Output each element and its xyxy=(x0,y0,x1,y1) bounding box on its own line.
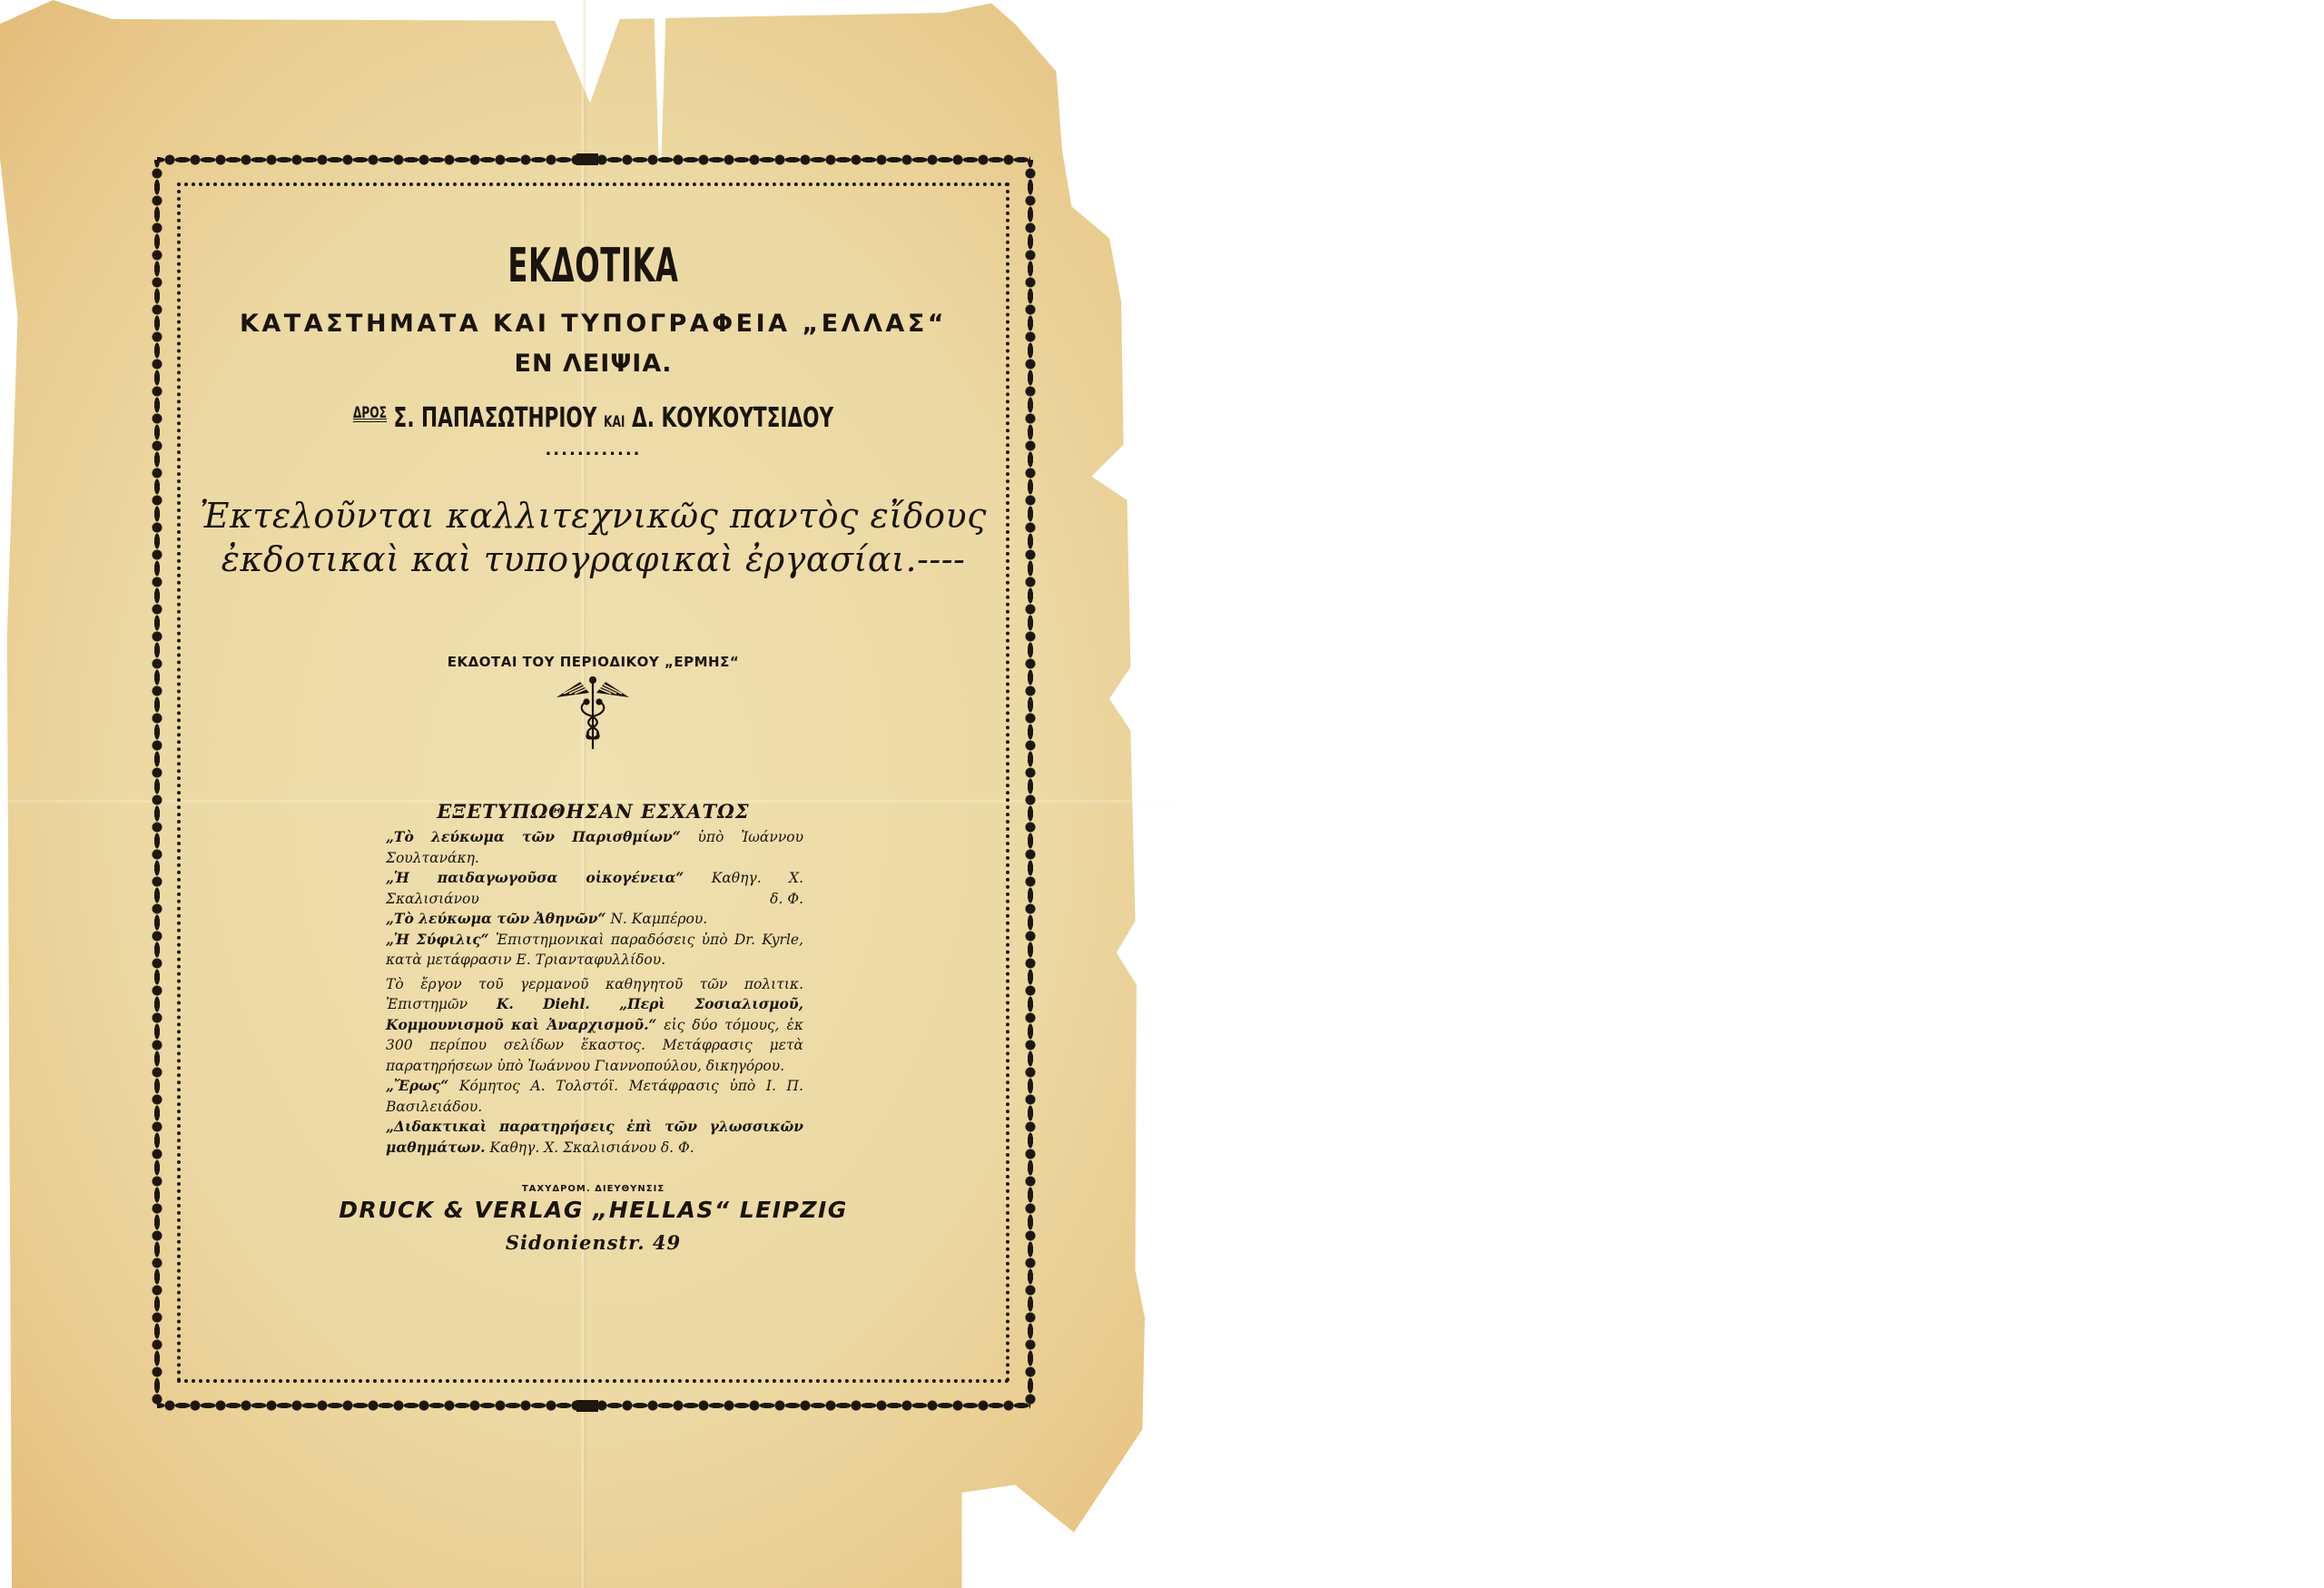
page-title: ΕΚΔΟΤΙΚΑ xyxy=(335,239,852,293)
list-item: „Ἔρως“ Κόμητος Α. Τολστόϊ. Μετάφρασις ὑπ… xyxy=(386,1076,803,1117)
owner-name-2: Δ. ΚΟΥΚΟΥΤΣΙΔΟΥ xyxy=(632,402,833,434)
publication-details: Κόμητος Α. Τολστόϊ. Μετάφρασις ὑπὸ Ι. Π.… xyxy=(386,1078,803,1115)
list-item: „Διδακτικαὶ παρατηρήσεις ἐπὶ τῶν γλωσσικ… xyxy=(386,1117,803,1158)
slogan-line-2: ἐκδοτικαὶ καὶ τυπογραφικαὶ ἐργασίαι.---- xyxy=(177,539,1009,579)
recent-publications-list: „Τὸ λεύκωμα τῶν Παρισθμίων“ ὑπὸ Ἰωάννου … xyxy=(386,827,803,1158)
postal-address-label: ΤΑΧΥΔΡΟΜ. ΔΙΕΥΘΥΝΣΙΣ xyxy=(177,1184,1009,1194)
periodical-publishers: ΕΚΔΟΤΑΙ ΤΟΥ ΠΕΡΙΟΔΙΚΟΥ „ΕΡΜΗΣ“ xyxy=(177,654,1009,670)
list-item: „Τὸ λεύκωμα τῶν Ἀθηνῶν“ Ν. Καμπέρου. xyxy=(386,909,803,930)
subtitle: ΚΑΤΑΣΤΗΜΑΤΑ ΚΑΙ ΤΥΠΟΓΡΑΦΕΙΑ „ΕΛΛΑΣ“ xyxy=(177,310,1009,338)
border-ornament-left xyxy=(150,160,164,1406)
street-address: Sidonienstr. 49 xyxy=(177,1231,1009,1254)
list-item: „Τὸ λεύκωμα τῶν Παρισθμίων“ ὑπὸ Ἰωάννου … xyxy=(386,827,803,868)
publication-title: „Τὸ λεύκωμα τῶν Παρισθμίων“ xyxy=(386,828,681,845)
postal-address: DRUCK & VERLAG „HELLAS“ LEIPZIG xyxy=(177,1197,1009,1223)
owners-prefix: ΔΡΟΣ xyxy=(353,404,387,422)
slogan-line-1: Ἐκτελοῦνται καλλιτεχνικῶς παντὸς εἴδους xyxy=(177,496,1009,536)
publication-title: „Ἔρως“ xyxy=(386,1077,448,1094)
advertisement-content: ΕΚΔΟΤΙΚΑ ΚΑΤΑΣΤΗΜΑΤΑ ΚΑΙ ΤΥΠΟΓΡΑΦΕΙΑ „ΕΛ… xyxy=(177,182,1009,1383)
location: ΕΝ ΛΕΙΨΙΑ. xyxy=(177,350,1009,378)
border-ornament-right xyxy=(1023,160,1038,1406)
separator: ............ xyxy=(177,440,1009,459)
list-item: „Ἡ Σύφιλις“ Ἐπιστημονικαὶ παραδόσεις ὑπὸ… xyxy=(386,930,803,971)
recent-publications-heading: ΕΞΕΤΥΠΩΘΗΣΑΝ ΕΣΧΑΤΩΣ xyxy=(177,800,1009,823)
list-item: „Ἡ παιδαγωγοῦσα οἰκογένεια“ Καθηγ. Χ. Σκ… xyxy=(386,868,803,909)
publication-title: „Τὸ λεύκωμα τῶν Ἀθηνῶν“ xyxy=(386,910,606,927)
caduceus-icon xyxy=(553,675,633,751)
publication-title: „Ἡ παιδαγωγοῦσα οἰκογένεια“ xyxy=(386,869,684,886)
owners-line: ΔΡΟΣ Σ. ΠΑΠΑΣΩΤΗΡΙΟΥ ΚΑΙ Δ. ΚΟΥΚΟΥΤΣΙΔΟΥ xyxy=(293,402,892,434)
border-center-block-bottom xyxy=(576,1400,598,1412)
owner-name-1: Σ. ΠΑΠΑΣΩΤΗΡΙΟΥ xyxy=(394,402,597,434)
owners-conjunction: ΚΑΙ xyxy=(604,413,625,431)
publication-details: Καθηγ. Χ. Σκαλισιάνου δ. Φ. xyxy=(486,1139,694,1156)
publication-title: „Ἡ Σύφιλις“ xyxy=(386,931,489,948)
border-center-block-top xyxy=(576,153,598,165)
publication-suffix: δ. Φ. xyxy=(770,889,803,910)
publication-details: Ν. Καμπέρου. xyxy=(606,911,707,927)
list-item: Τὸ ἔργον τοῦ γερμανοῦ καθηγητοῦ τῶν πολι… xyxy=(386,974,803,1077)
